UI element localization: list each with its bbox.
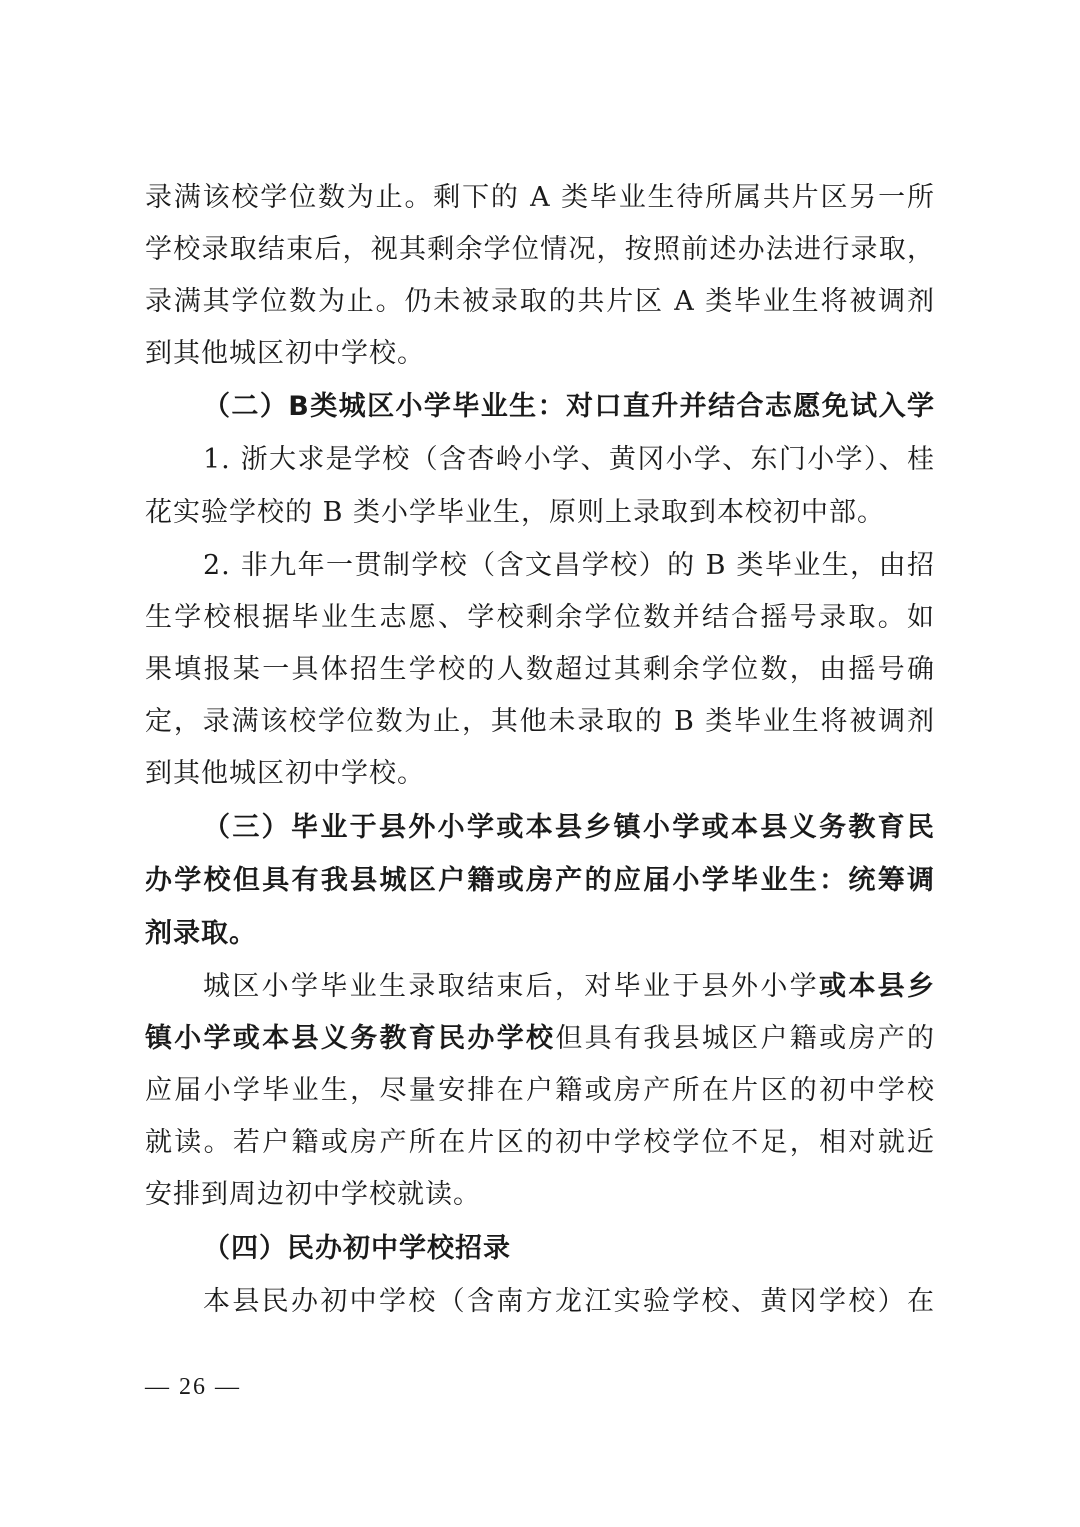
paragraph-line: 到其他城区初中学校。 — [145, 328, 935, 380]
section-3-heading: 剂录取。 — [145, 908, 935, 960]
section-3-paragraph-line: 镇小学或本县义务教育民办学校但具有我县城区户籍或房产的 — [145, 1013, 935, 1065]
paragraph-line: 录满其学位数为止。仍未被录取的共片区 A 类毕业生将被调剂 — [145, 276, 935, 328]
text-bold: 或本县乡 — [819, 971, 935, 1002]
paragraph-line: 学校录取结束后，视其剩余学位情况，按照前述办法进行录取， — [145, 224, 935, 276]
section-3-paragraph-line: 安排到周边初中学校就读。 — [145, 1169, 935, 1221]
text-normal: 但具有我县城区户籍或房产的 — [555, 1023, 935, 1054]
section-2-item-2-line: 生学校根据毕业生志愿、学校剩余学位数并结合摇号录取。如 — [145, 592, 935, 644]
section-2-heading: （二）B类城区小学毕业生：对口直升并结合志愿免试入学 — [203, 381, 935, 433]
section-2-item-2-line: 到其他城区初中学校。 — [145, 748, 935, 800]
section-2-item-2-line: 定，录满该校学位数为止，其他未录取的 B 类毕业生将被调剂 — [145, 696, 935, 748]
page-number: — 26 — — [145, 1372, 241, 1402]
section-2-item-2-line: 果填报某一具体招生学校的人数超过其剩余学位数，由摇号确 — [145, 644, 935, 696]
document-page: 录满该校学位数为止。剩下的 A 类毕业生待所属共片区另一所 学校录取结束后，视其… — [0, 0, 1080, 1527]
section-3-heading: （三）毕业于县外小学或本县乡镇小学或本县义务教育民 — [203, 802, 935, 854]
text-bold: 镇小学或本县义务教育民办学校 — [145, 1023, 555, 1054]
section-3-paragraph-line: 就读。若户籍或房产所在片区的初中学校学位不足，相对就近 — [145, 1117, 935, 1169]
section-3-paragraph-line: 应届小学毕业生，尽量安排在户籍或房产所在片区的初中学校 — [145, 1065, 935, 1117]
section-3-heading: 办学校但具有我县城区户籍或房产的应届小学毕业生：统筹调 — [145, 855, 935, 907]
section-4-heading: （四）民办初中学校招录 — [203, 1223, 935, 1275]
text-normal: 城区小学毕业生录取结束后，对毕业于县外小学 — [203, 971, 819, 1002]
paragraph-line: 录满该校学位数为止。剩下的 A 类毕业生待所属共片区另一所 — [145, 172, 935, 224]
section-2-item-1-line: 1. 浙大求是学校（含杏岭小学、黄冈小学、东门小学）、桂 — [203, 434, 935, 486]
section-2-item-1-line: 花实验学校的 B 类小学毕业生，原则上录取到本校初中部。 — [145, 487, 935, 539]
section-4-paragraph-line: 本县民办初中学校（含南方龙江实验学校、黄冈学校）在 — [203, 1276, 935, 1328]
section-2-item-2-line: 2. 非九年一贯制学校（含文昌学校）的 B 类毕业生，由招 — [203, 540, 935, 592]
section-3-paragraph-line: 城区小学毕业生录取结束后，对毕业于县外小学或本县乡 — [203, 961, 935, 1013]
